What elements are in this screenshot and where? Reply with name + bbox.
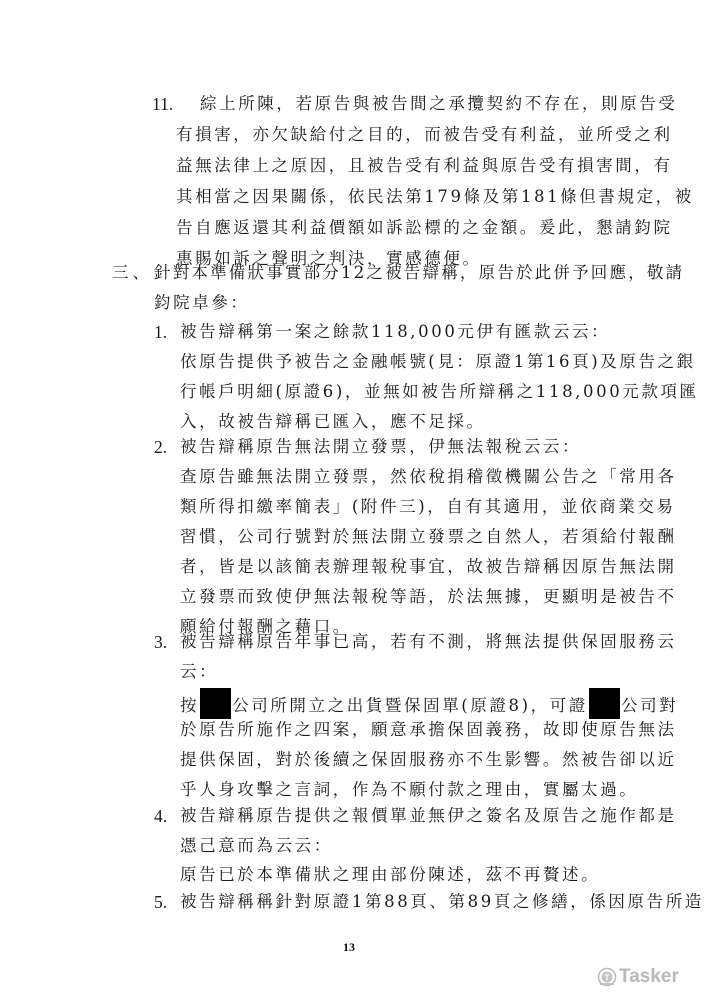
paragraph-line: 益無法律上之原因，且被告受有利益與原告受有損害間，有 <box>176 155 673 177</box>
item-number: 5. <box>154 891 167 913</box>
item-heading: 被告辯稱原告提供之報價單並無伊之簽名及原告之施作都是 <box>180 805 677 827</box>
text-fragment: 按 <box>180 696 199 715</box>
paragraph-line: 提供保固，對於後續之保固服務亦不生影響。然被告卻以近 <box>180 749 677 771</box>
section-number: 11. <box>152 93 173 115</box>
item-heading-continued: 云： <box>180 661 218 683</box>
item-number: 2. <box>154 436 167 458</box>
paragraph-line: 習慣，公司行號對於無法開立發票之自然人，若須給付報酬 <box>180 526 677 548</box>
item-heading: 被告辯稱原告無法開立發票，伊無法報稅云云： <box>180 436 581 458</box>
paragraph-line: 依原告提供予被告之金融帳號(見：原證1第16頁)及原告之銀 <box>180 351 696 373</box>
paragraph-line: 針對本準備狀事實部分12之被告辯稱，原告於此併予回應，敬請 <box>154 262 684 284</box>
paragraph-line: 立發票而致使伊無法報稅等語，於法無據，更顯明是被告不 <box>180 586 677 608</box>
redaction-box <box>589 688 620 719</box>
item-number: 1. <box>154 321 167 343</box>
redaction-box <box>200 688 231 719</box>
paragraph-line: 告自應返還其利益價額如訴訟標的之金額。爰此，懇請鈞院 <box>176 217 673 239</box>
item-heading: 被告辯稱稱針對原證1第88頁、第89頁之修繕，係因原告所造 <box>180 891 704 913</box>
paragraph-line: 鈞院卓參： <box>154 292 250 314</box>
item-number: 3. <box>154 631 167 653</box>
paragraph-line: 有損害，亦欠缺給付之目的，而被告受有利益，並所受之利 <box>176 124 673 146</box>
paragraph-line: 其相當之因果關係，依民法第179條及第181條但書規定，被 <box>176 186 694 208</box>
document-page: 11. 綜上所陳，若原告與被告間之承攬契約不存在，則原告受 有損害，亦欠缺給付之… <box>0 0 707 1000</box>
paragraph-line: 原告已於本準備狀之理由部份陳述，茲不再贅述。 <box>180 864 600 886</box>
paragraph-line: 者，皆是以該簡表辦理報稅事宜，故被告辯稱因原告無法開 <box>180 556 677 578</box>
item-heading: 被告辯稱第一案之餘款118,000元伊有匯款云云： <box>180 321 610 343</box>
tasker-logo-icon: T <box>597 967 617 987</box>
redacted-paragraph-line: 按公司所開立之出貨暨保固單(原證8)，可證公司對 <box>180 688 678 719</box>
watermark: T Tasker <box>597 966 679 988</box>
paragraph-line: 綜上所陳，若原告與被告間之承攬契約不存在，則原告受 <box>200 93 678 115</box>
paragraph-line: 乎人身攻擊之言詞，作為不願付款之理由，實屬太過。 <box>180 779 638 801</box>
paragraph-line: 於原告所施作之四案，願意承擔保固義務，故即使原告無法 <box>180 719 677 741</box>
text-fragment: 公司對 <box>621 696 678 715</box>
text-fragment: 公司所開立之出貨暨保固單(原證8)，可證 <box>232 696 588 715</box>
svg-text:T: T <box>605 974 610 983</box>
watermark-text: Tasker <box>619 966 679 988</box>
page-number: 13 <box>343 940 355 955</box>
item-number: 4. <box>154 805 167 827</box>
item-heading-continued: 憑己意而為云云： <box>180 835 333 857</box>
paragraph-line: 類所得扣繳率簡表」(附件三)，自有其適用，並依商業交易 <box>180 496 676 518</box>
paragraph-line: 行帳戶明細(原證6)，並無如被告所辯稱之118,000元款項匯 <box>180 381 699 403</box>
paragraph-line: 查原告雖無法開立發票，然依稅捐稽徵機關公告之「常用各 <box>180 466 677 488</box>
section-number: 三、 <box>112 262 153 284</box>
item-heading: 被告辯稱原告年事已高，若有不測，將無法提供保固服務云 <box>180 631 677 653</box>
paragraph-line: 入，故被告辯稱已匯入，應不足採。 <box>180 411 486 433</box>
